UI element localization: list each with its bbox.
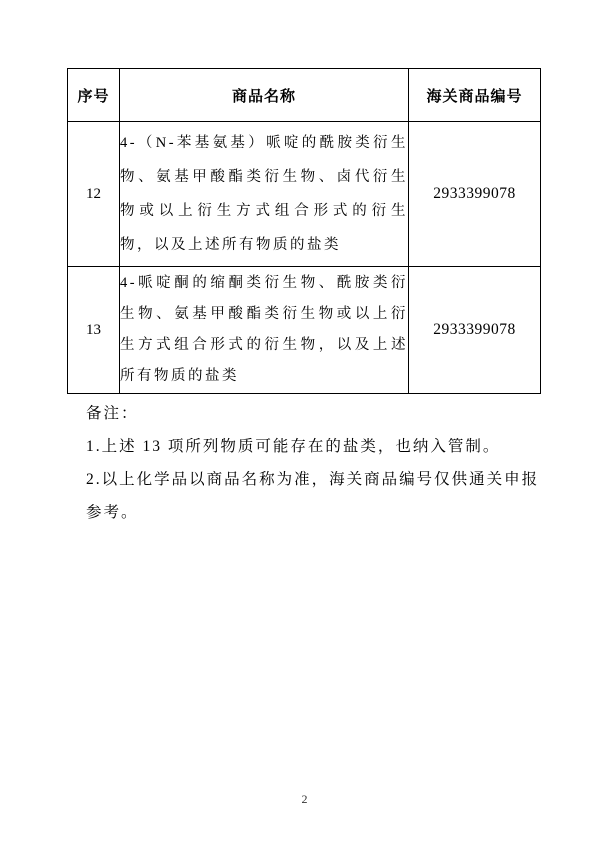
column-header-serial-number: 序号: [68, 69, 120, 122]
note-item-1: 1.上述 13 项所列物质可能存在的盐类，也纳入管制。: [86, 430, 546, 463]
product-name-cell: 4-（N-苯基氨基）哌啶的酰胺类衍生物、氨基甲酸酯类衍生物、卤代衍生物或以上衍生…: [120, 122, 409, 267]
serial-number-cell: 13: [68, 267, 120, 394]
table-row-12: 12 4-（N-苯基氨基）哌啶的酰胺类衍生物、氨基甲酸酯类衍生物、卤代衍生物或以…: [68, 122, 541, 267]
controlled-substances-table: 序号 商品名称 海关商品编号 12 4-（N-苯基氨基）哌啶的酰胺类衍生物、氨基…: [67, 68, 541, 394]
customs-code-cell: 2933399078: [409, 122, 541, 267]
column-header-product-name: 商品名称: [120, 69, 409, 122]
product-name-cell: 4-哌啶酮的缩酮类衍生物、酰胺类衍生物、氨基甲酸酯类衍生物或以上衍生方式组合形式…: [120, 267, 409, 394]
notes-section: 备注： 1.上述 13 项所列物质可能存在的盐类，也纳入管制。 2.以上化学品以…: [86, 397, 546, 529]
customs-code-cell: 2933399078: [409, 267, 541, 394]
table-header-row: 序号 商品名称 海关商品编号: [68, 69, 541, 122]
serial-number-cell: 12: [68, 122, 120, 267]
document-page: 序号 商品名称 海关商品编号 12 4-（N-苯基氨基）哌啶的酰胺类衍生物、氨基…: [0, 0, 609, 862]
notes-title: 备注：: [86, 397, 546, 430]
page-number: 2: [0, 792, 609, 807]
table-row-13: 13 4-哌啶酮的缩酮类衍生物、酰胺类衍生物、氨基甲酸酯类衍生物或以上衍生方式组…: [68, 267, 541, 394]
column-header-customs-code: 海关商品编号: [409, 69, 541, 122]
note-item-2: 2.以上化学品以商品名称为准，海关商品编号仅供通关申报参考。: [86, 463, 546, 529]
